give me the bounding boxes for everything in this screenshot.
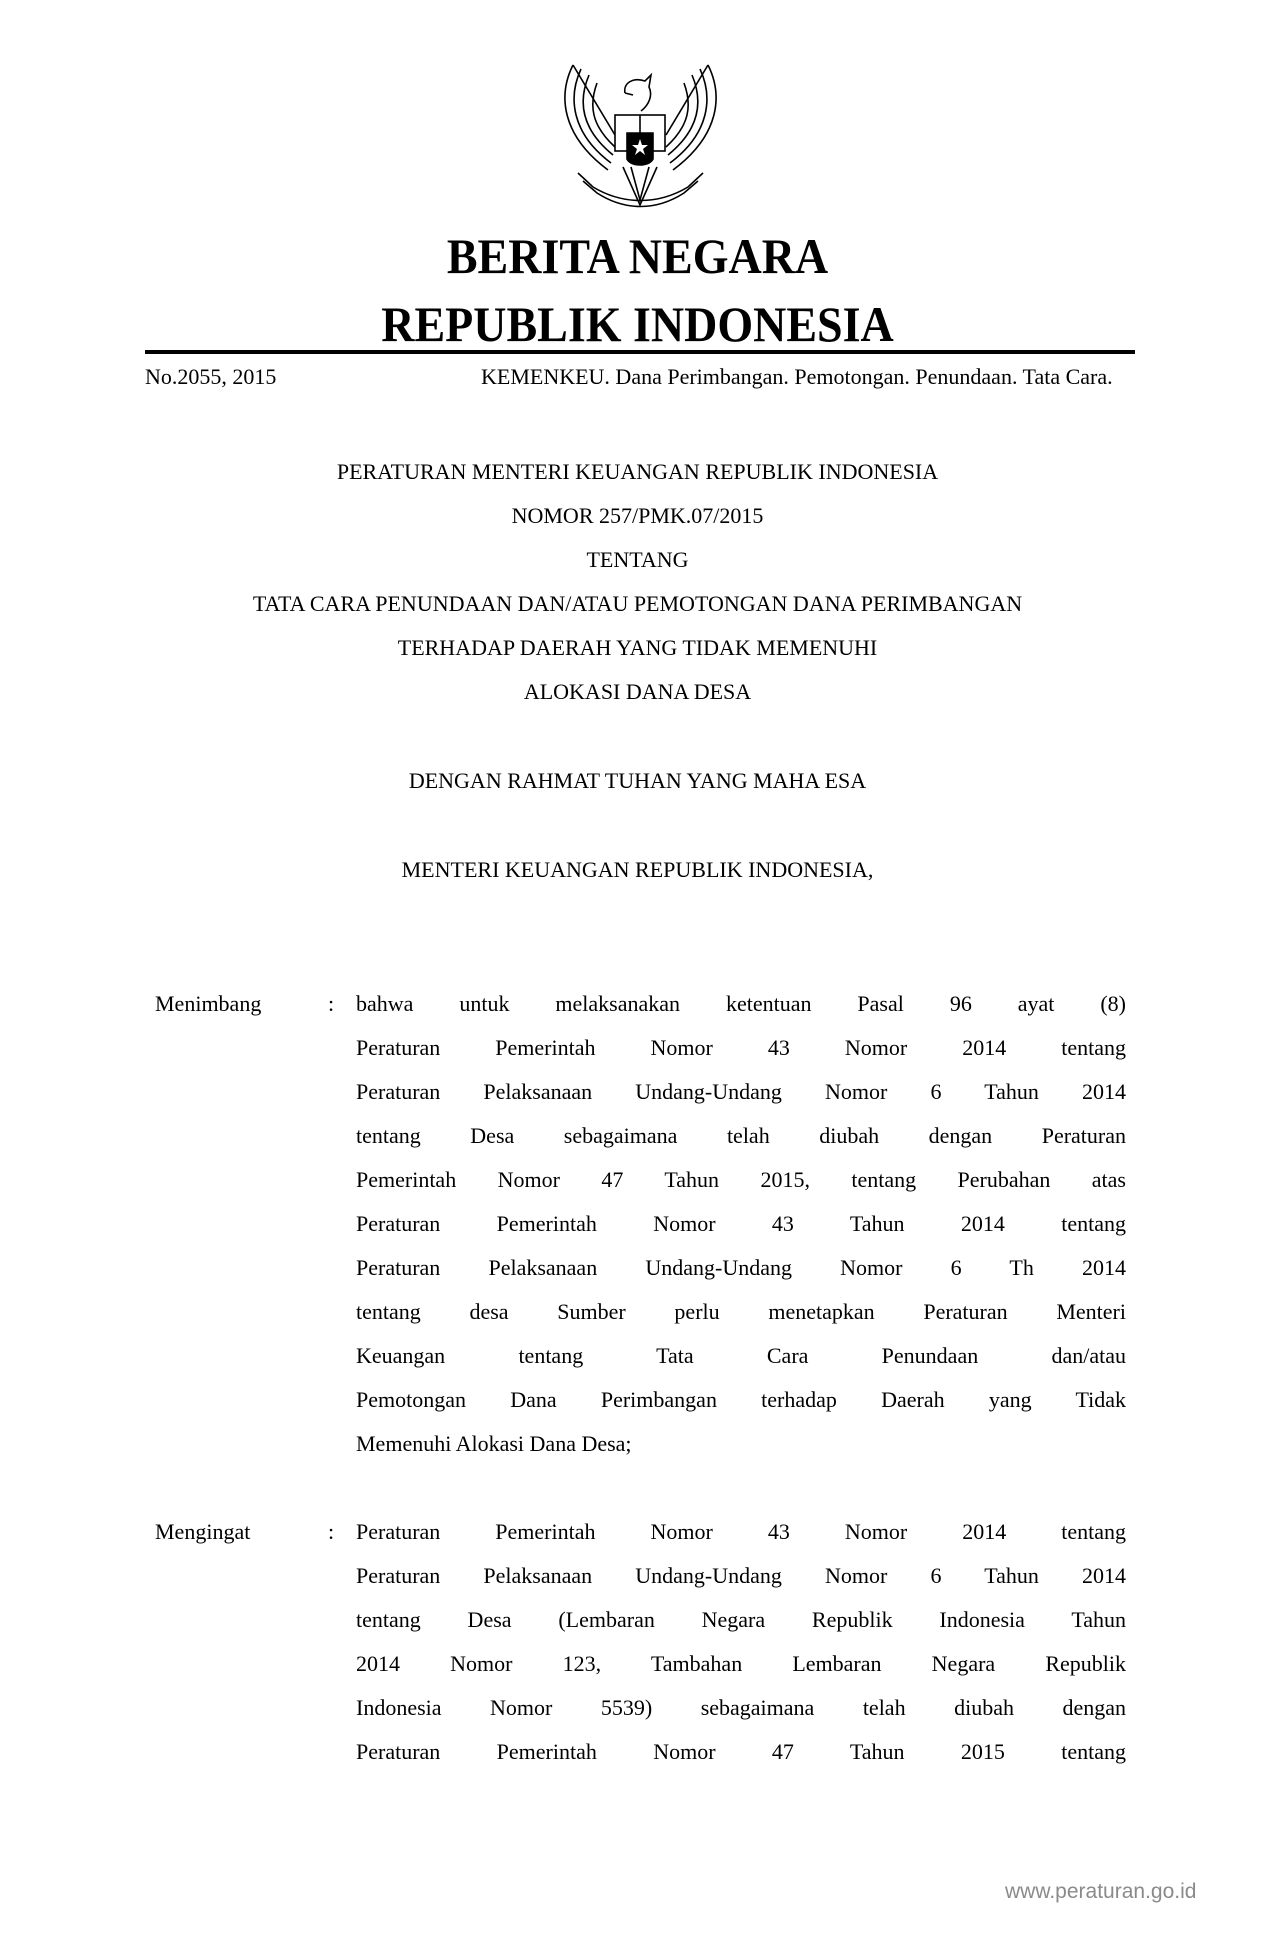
text-line: Peraturan Pelaksanaan Undang-Undang Nomo… [356, 1070, 1126, 1114]
menimbang-label: Menimbang [155, 989, 261, 1019]
mengingat-text: Peraturan Pemerintah Nomor 43 Nomor 2014… [356, 1510, 1126, 1774]
invocation: DENGAN RAHMAT TUHAN YANG MAHA ESA [0, 766, 1275, 796]
regulation-subject-line3: ALOKASI DANA DESA [0, 677, 1275, 707]
text-line: Pemerintah Nomor 47 Tahun 2015, tentang … [356, 1158, 1126, 1202]
gazette-description: KEMENKEU. Dana Perimbangan. Pemotongan. … [481, 362, 1132, 392]
text-line: tentang Desa sebagaimana telah diubah de… [356, 1114, 1126, 1158]
text-line: Memenuhi Alokasi Dana Desa; [356, 1422, 1126, 1466]
text-line: Peraturan Pelaksanaan Undang-Undang Nomo… [356, 1246, 1126, 1290]
text-line: Peraturan Pemerintah Nomor 43 Tahun 2014… [356, 1202, 1126, 1246]
gazette-title: BERITA NEGARA [51, 228, 1224, 284]
text-line: Pemotongan Dana Perimbangan terhadap Dae… [356, 1378, 1126, 1422]
text-line: Peraturan Pemerintah Nomor 47 Tahun 2015… [356, 1730, 1126, 1774]
garuda-emblem-icon [553, 55, 728, 215]
text-line: Indonesia Nomor 5539) sebagaimana telah … [356, 1686, 1126, 1730]
mengingat-label: Mengingat [155, 1517, 250, 1547]
source-url[interactable]: www.peraturan.go.id [1005, 1880, 1196, 1904]
text-line: 2014 Nomor 123, Tambahan Lembaran Negara… [356, 1642, 1126, 1686]
regulation-subject-line1: TATA CARA PENUNDAAN DAN/ATAU PEMOTONGAN … [0, 589, 1275, 619]
menimbang-colon: : [328, 989, 334, 1019]
text-line: Keuangan tentang Tata Cara Penundaan dan… [356, 1334, 1126, 1378]
text-line: tentang desa Sumber perlu menetapkan Per… [356, 1290, 1126, 1334]
gazette-number: No.2055, 2015 [145, 362, 276, 392]
text-line: Peraturan Pemerintah Nomor 43 Nomor 2014… [356, 1026, 1126, 1070]
regulation-number: NOMOR 257/PMK.07/2015 [0, 501, 1275, 531]
text-line: Peraturan Pelaksanaan Undang-Undang Nomo… [356, 1554, 1126, 1598]
menimbang-text: bahwa untuk melaksanakan ketentuan Pasal… [356, 982, 1126, 1466]
text-line: Peraturan Pemerintah Nomor 43 Nomor 2014… [356, 1510, 1126, 1554]
text-line: tentang Desa (Lembaran Negara Republik I… [356, 1598, 1126, 1642]
mengingat-colon: : [328, 1517, 334, 1547]
gazette-subtitle: REPUBLIK INDONESIA [51, 296, 1224, 352]
regulation-tentang: TENTANG [0, 545, 1275, 575]
issuer: MENTERI KEUANGAN REPUBLIK INDONESIA, [0, 855, 1275, 885]
regulation-subject-line2: TERHADAP DAERAH YANG TIDAK MEMENUHI [0, 633, 1275, 663]
regulation-heading: PERATURAN MENTERI KEUANGAN REPUBLIK INDO… [0, 457, 1275, 487]
header-divider [145, 350, 1135, 354]
text-line: bahwa untuk melaksanakan ketentuan Pasal… [356, 982, 1126, 1026]
